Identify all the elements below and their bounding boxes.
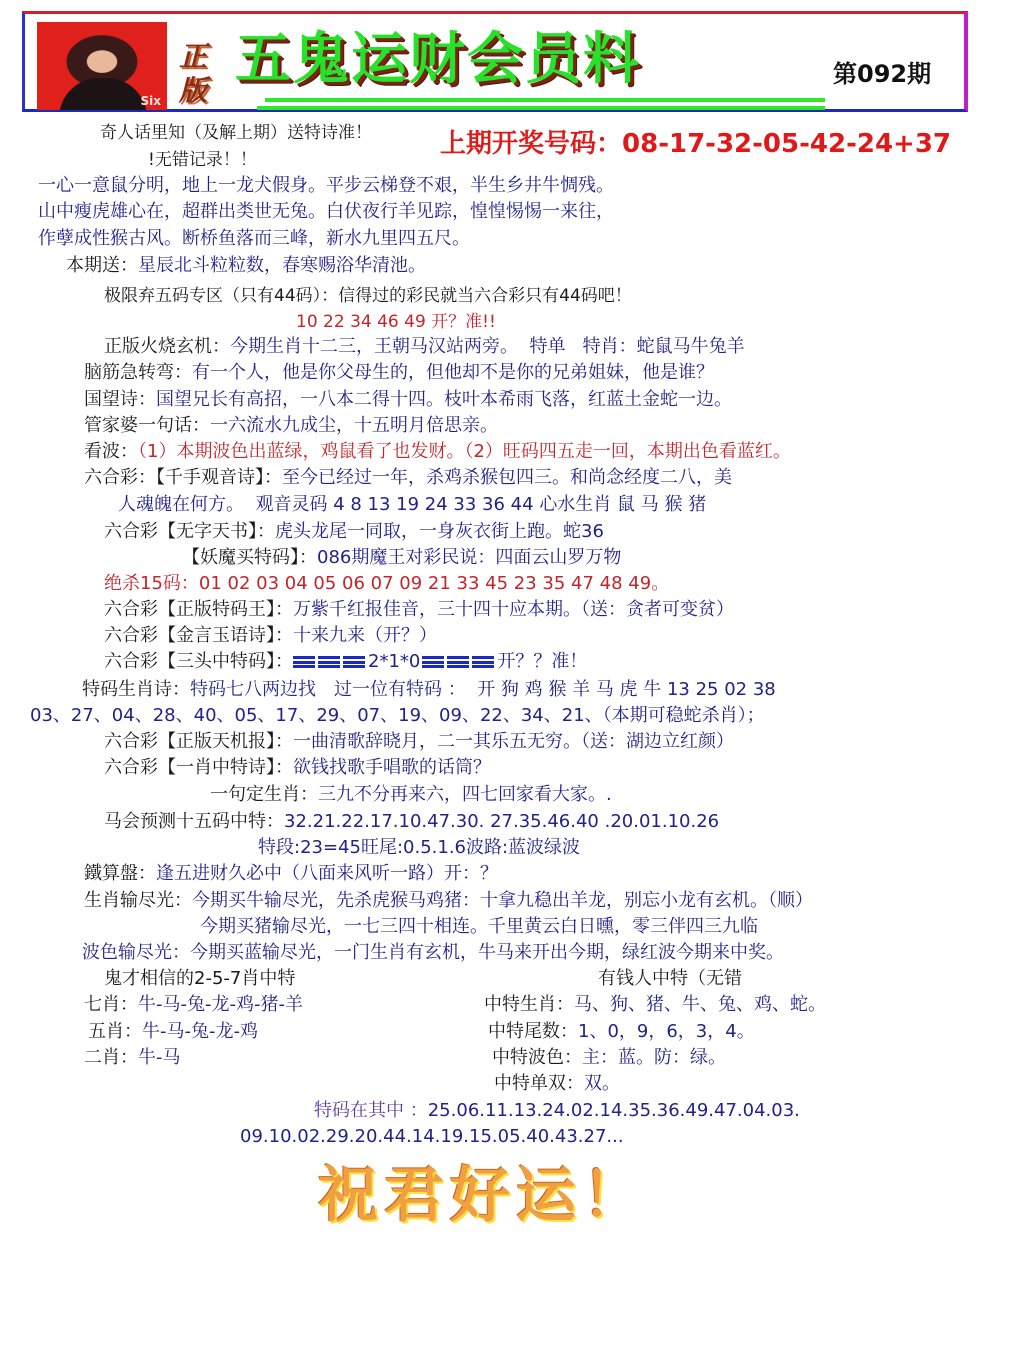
wave-text: （1）本期波色出蓝绿，鸡鼠看了也发财。（2）旺码四五走一回，本期出色看蓝红。 (138, 441, 791, 462)
three-heads-suffix: 开？？准！ (497, 651, 587, 672)
zodiac-lose-label: 生肖输尽光： (84, 890, 192, 911)
rich-pick-row: 中特单双：双。 (494, 1072, 620, 1096)
demon-text: 086期魔王对彩民说：四面云山罗万物 (317, 547, 621, 568)
trigram-icon (447, 656, 469, 668)
ghost-pick-label: 五肖： (88, 1021, 142, 1042)
guanyin-poem: 六合彩：【千手观音诗】：至今已经过一年，杀鸡杀猴包四三。和尚念经度二八，美 (84, 466, 732, 490)
golden-words-text: 十来九来（开？） (293, 625, 437, 646)
special-king-text: 万紫千红报佳音，三十四十应本期。（送：贪者可变贫） (293, 599, 734, 620)
guowang-text: 国望兄长有高招，一八本二得十四。枝叶本希雨飞落，红蓝土金蛇一边。 (156, 389, 732, 410)
golden-words-label: 六合彩【金言玉语诗】： (104, 625, 293, 646)
wordless-book: 六合彩【无字天书】：虎头龙尾一同取，一身灰衣街上跑。蛇36 (104, 520, 604, 544)
three-heads: 六合彩【三头中特码】：2*1*0开？？准！ (104, 650, 587, 674)
last-draw-label: 上期开奖号码： (440, 129, 622, 159)
ghost-pick-value: 牛-马-兔-龙-鸡 (142, 1021, 258, 1042)
housekeeper-label: 管家婆一句话： (84, 415, 210, 436)
poem-subtitle: !无错记录！！ (148, 148, 257, 172)
guanyin-codes: 4 8 13 19 24 33 36 44 (333, 494, 533, 515)
riddle: 脑筋急转弯：有一个人，他是你父母生的，但他却不是你的兄弟姐妹，他是谁？ (84, 361, 714, 385)
trigram-icon (318, 656, 340, 668)
eliminate-five-label: 极限弃五码专区（只有44码）：信得过的彩民就当六合彩只有44码吧！ (104, 284, 632, 308)
trigram-icon (472, 656, 494, 668)
rich-pick-value: 1、0，9，6，3，4。 (578, 1021, 755, 1042)
fire-mystery: 正版火烧玄机：今期生肖十二三，王朝马汉站两旁。 特单 特肖：蛇鼠马牛兔羊 (104, 335, 745, 359)
rich-pick-value: 双。 (584, 1073, 620, 1094)
ghost-picks-title: 鬼才相信的2-5-7肖中特 (104, 967, 295, 991)
heaven-report-label: 六合彩【正版天机报】： (104, 731, 293, 752)
page-title: 五鬼运财会员料 (235, 28, 641, 92)
special-king-label: 六合彩【正版特码王】： (104, 599, 293, 620)
ghost-pick-value: 牛-马-兔-龙-鸡-猪-羊 (138, 994, 303, 1015)
color-lose-label: 波色输尽光： (82, 942, 190, 963)
zodiac-poem-line2: 03、27、04、28、40、05、17、29、07、19、09、22、34、2… (30, 704, 765, 728)
one-zodiac-poem: 六合彩【一肖中特诗】：欲钱找歌手唱歌的话筒？ (104, 756, 491, 780)
guanyin-text2: 人魂魄在何方。 (118, 494, 244, 515)
rich-pick-row: 中特尾数：1、0，9，6，3，4。 (488, 1020, 755, 1044)
ghost-pick-row: 二肖：牛-马 (84, 1046, 181, 1070)
zodiac-poem-text: 特码七八两边找 过一位有特码 ： (190, 679, 466, 700)
color-lose: 波色输尽光：今期买蓝输尽光，一门生肖有玄机，牛马来开出今期，绿红波今期来中奖。 (82, 941, 784, 965)
guowang-poem: 国望诗：国望兄长有高招，一八本二得十四。枝叶本希雨飞落，红蓝土金蛇一边。 (84, 388, 732, 412)
abacus: 鐵算盤：逢五进财久必中（八面来风听一路）开：？ (84, 862, 498, 886)
special-zodiac-label: 特肖： (583, 336, 637, 357)
special-zodiac: 蛇鼠马牛兔羊 (637, 336, 745, 357)
ghost-pick-label: 七肖： (84, 994, 138, 1015)
segments: 特段:23=45旺尾:0.5.1.6波路:蓝波绿波 (258, 836, 580, 860)
golden-words: 六合彩【金言玉语诗】：十来九来（开？） (104, 624, 437, 648)
zodiac-poem-items: 开 狗 鸡 猴 羊 马 虎 牛 13 25 02 38 (477, 679, 776, 700)
rich-pick-row: 中特生肖：马、狗、猪、牛、兔、鸡、蛇。 (484, 993, 826, 1017)
one-sentence: 一句定生肖：三九不分再来六，四七回家看大家。. (210, 783, 612, 807)
title-underline (265, 98, 825, 102)
gift-line: 本期送：星辰北斗粒粒数，春寒赐浴华清池。 (66, 254, 426, 278)
poem-line: 一心一意鼠分明，地上一龙犬假身。平步云梯登不艰，半生乡井牛惆残。 (38, 174, 614, 198)
special-single: 特单 (529, 336, 565, 357)
kill15-numbers: 01 02 03 04 05 06 07 09 21 33 45 23 35 4… (199, 573, 669, 594)
guanyin-line2: 人魂魄在何方。 观音灵码 4 8 13 19 24 33 36 44 心水生肖 … (118, 493, 706, 517)
header-banner: Six 正版 五鬼运财会员料 第092期 (22, 11, 968, 112)
jockey-club: 马会预测十五码中特：32.21.22.17.10.47.30. 27.35.46… (104, 810, 719, 834)
rich-pick-label: 中特单双： (494, 1073, 584, 1094)
riddle-text: 有一个人，他是你父母生的，但他却不是你的兄弟姐妹，他是谁？ (192, 362, 714, 383)
title-underline (257, 106, 825, 110)
special-in-label: 特码在其中 ： (314, 1100, 428, 1121)
last-draw-numbers: 08-17-32-05-42-24+37 (622, 129, 951, 159)
trigram-icon (293, 656, 315, 668)
zodiac-lose: 生肖输尽光：今期买牛输尽光，先杀虎猴马鸡猪：十拿九稳出羊龙，别忘小龙有玄机。（顺… (84, 889, 813, 913)
guowang-label: 国望诗： (84, 389, 156, 410)
special-in: 特码在其中 ：25.06.11.13.24.02.14.35.36.49.47.… (314, 1099, 800, 1123)
fire-mystery-label: 正版火烧玄机： (104, 336, 230, 357)
wave-forecast: 看波：（1）本期波色出蓝绿，鸡鼠看了也发财。（2）旺码四五走一回，本期出色看蓝红… (84, 440, 791, 464)
ghost-pick-row: 七肖：牛-马-兔-龙-鸡-猪-羊 (84, 993, 303, 1017)
guanyin-label: 六合彩：【千手观音诗】： (84, 467, 282, 488)
trigram-icon (343, 656, 365, 668)
jockey-club-label: 马会预测十五码中特： (104, 811, 284, 832)
issue-number: 第092期 (833, 54, 931, 89)
zodiac-poem: 特码生肖诗：特码七八两边找 过一位有特码 ： 开 狗 鸡 猴 羊 马 虎 牛 1… (82, 678, 776, 702)
ghost-pick-value: 牛-马 (138, 1047, 181, 1068)
gift-text: 星辰北斗粒粒数，春寒赐浴华清池。 (138, 255, 426, 276)
zodiac-lose-line2: 今期买猪输尽光，一七三四十相连。千里黄云白日曛，零三伴四三九临 (200, 915, 758, 939)
one-sentence-label: 一句定生肖： (210, 784, 318, 805)
abacus-label: 鐵算盤： (84, 863, 156, 884)
ghost-pick-label: 二肖： (84, 1047, 138, 1068)
guanyin-text: 至今已经过一年，杀鸡杀猴包四三。和尚念经度二八，美 (282, 467, 732, 488)
special-king: 六合彩【正版特码王】：万紫千红报佳音，三十四十应本期。（送：贪者可变贫） (104, 598, 734, 622)
abacus-text: 逢五进财久必中（八面来风听一路）开：？ (156, 863, 498, 884)
heaven-report-text: 一曲清歌辞晓月，二一其乐五无穷。（送：湖边立红颜） (293, 731, 734, 752)
authentic-badge: 正版 (173, 40, 213, 110)
wordless-book-label: 六合彩【无字天书】： (104, 521, 275, 542)
kill15-label: 绝杀15码： (104, 573, 199, 594)
wordless-book-text: 虎头龙尾一同取，一身灰衣街上跑。蛇36 (275, 521, 604, 542)
last-draw: 上期开奖号码：08-17-32-05-42-24+37 (440, 132, 951, 159)
rich-pick-row: 中特波色：主：蓝。防：绿。 (492, 1046, 726, 1070)
gift-label: 本期送： (66, 255, 138, 276)
poem-line: 作孽成性猴古风。断桥鱼落而三峰，新水九里四五尺。 (38, 227, 470, 251)
wave-label: 看波： (84, 441, 138, 462)
good-luck-blessing: 祝君好运！ (318, 1148, 648, 1234)
trigram-icon (422, 656, 444, 668)
rich-pick-label: 中特尾数： (488, 1021, 578, 1042)
zodiac-poem-label: 特码生肖诗： (82, 679, 190, 700)
special-in-line2: 09.10.02.29.20.44.14.19.15.05.40.43.27..… (240, 1125, 624, 1149)
one-zodiac-text: 欲钱找歌手唱歌的话筒？ (293, 757, 491, 778)
poem-title: 奇人话里知（及解上期）送特诗准！ (100, 121, 372, 145)
jockey-club-numbers: 32.21.22.17.10.47.30. 27.35.46.40 .20.01… (284, 811, 719, 832)
demon-special: 【妖魔买特码】：086期魔王对彩民说：四面云山罗万物 (182, 546, 621, 570)
demon-label: 【妖魔买特码】： (182, 547, 317, 568)
photo-watermark: Six (141, 94, 162, 108)
one-zodiac-label: 六合彩【一肖中特诗】： (104, 757, 293, 778)
ghost-pick-row: 五肖：牛-马-兔-龙-鸡 (88, 1020, 258, 1044)
kill-15: 绝杀15码：01 02 03 04 05 06 07 09 21 33 45 2… (104, 572, 669, 596)
zodiac-lose-text: 今期买牛输尽光，先杀虎猴马鸡猪：十拿九稳出羊龙，别忘小龙有玄机。（顺） (192, 890, 813, 911)
guanyin-codes-label: 观音灵码 (255, 494, 327, 515)
fire-mystery-text: 今期生肖十二三，王朝马汉站两旁。 (230, 336, 518, 357)
housekeeper-text: 一六流水九成尘，十五明月倍思亲。 (210, 415, 498, 436)
rich-pick-value: 主：蓝。防：绿。 (582, 1047, 726, 1068)
eliminate-five-numbers: 10 22 34 46 49 开？准!! (296, 310, 496, 334)
color-lose-text: 今期买蓝输尽光，一门生肖有玄机，牛马来开出今期，绿红波今期来中奖。 (190, 942, 784, 963)
one-sentence-text: 三九不分再来六，四七回家看大家。. (318, 784, 612, 805)
heaven-report: 六合彩【正版天机报】：一曲清歌辞晓月，二一其乐五无穷。（送：湖边立红颜） (104, 730, 734, 754)
portrait-photo: Six (37, 22, 167, 110)
rich-pick-value: 马、狗、猪、牛、兔、鸡、蛇。 (574, 994, 826, 1015)
three-heads-label: 六合彩【三头中特码】： (104, 651, 293, 672)
three-heads-code: 2*1*0 (368, 651, 420, 672)
poem-line: 山中瘦虎雄心在，超群出类世无兔。白伏夜行羊见踪，惶惶惕惕一来往， (38, 200, 614, 224)
special-in-line1: 25.06.11.13.24.02.14.35.36.49.47.04.03. (428, 1100, 800, 1121)
rich-pick-label: 中特波色： (492, 1047, 582, 1068)
housekeeper: 管家婆一句话：一六流水九成尘，十五明月倍思亲。 (84, 414, 498, 438)
rich-pick-label: 中特生肖： (484, 994, 574, 1015)
portrait-body (59, 78, 147, 110)
rich-picks-title: 有钱人中特（无错 (598, 967, 742, 991)
riddle-label: 脑筋急转弯： (84, 362, 192, 383)
guanyin-zodiac: 心水生肖 鼠 马 猴 猪 (539, 494, 706, 515)
